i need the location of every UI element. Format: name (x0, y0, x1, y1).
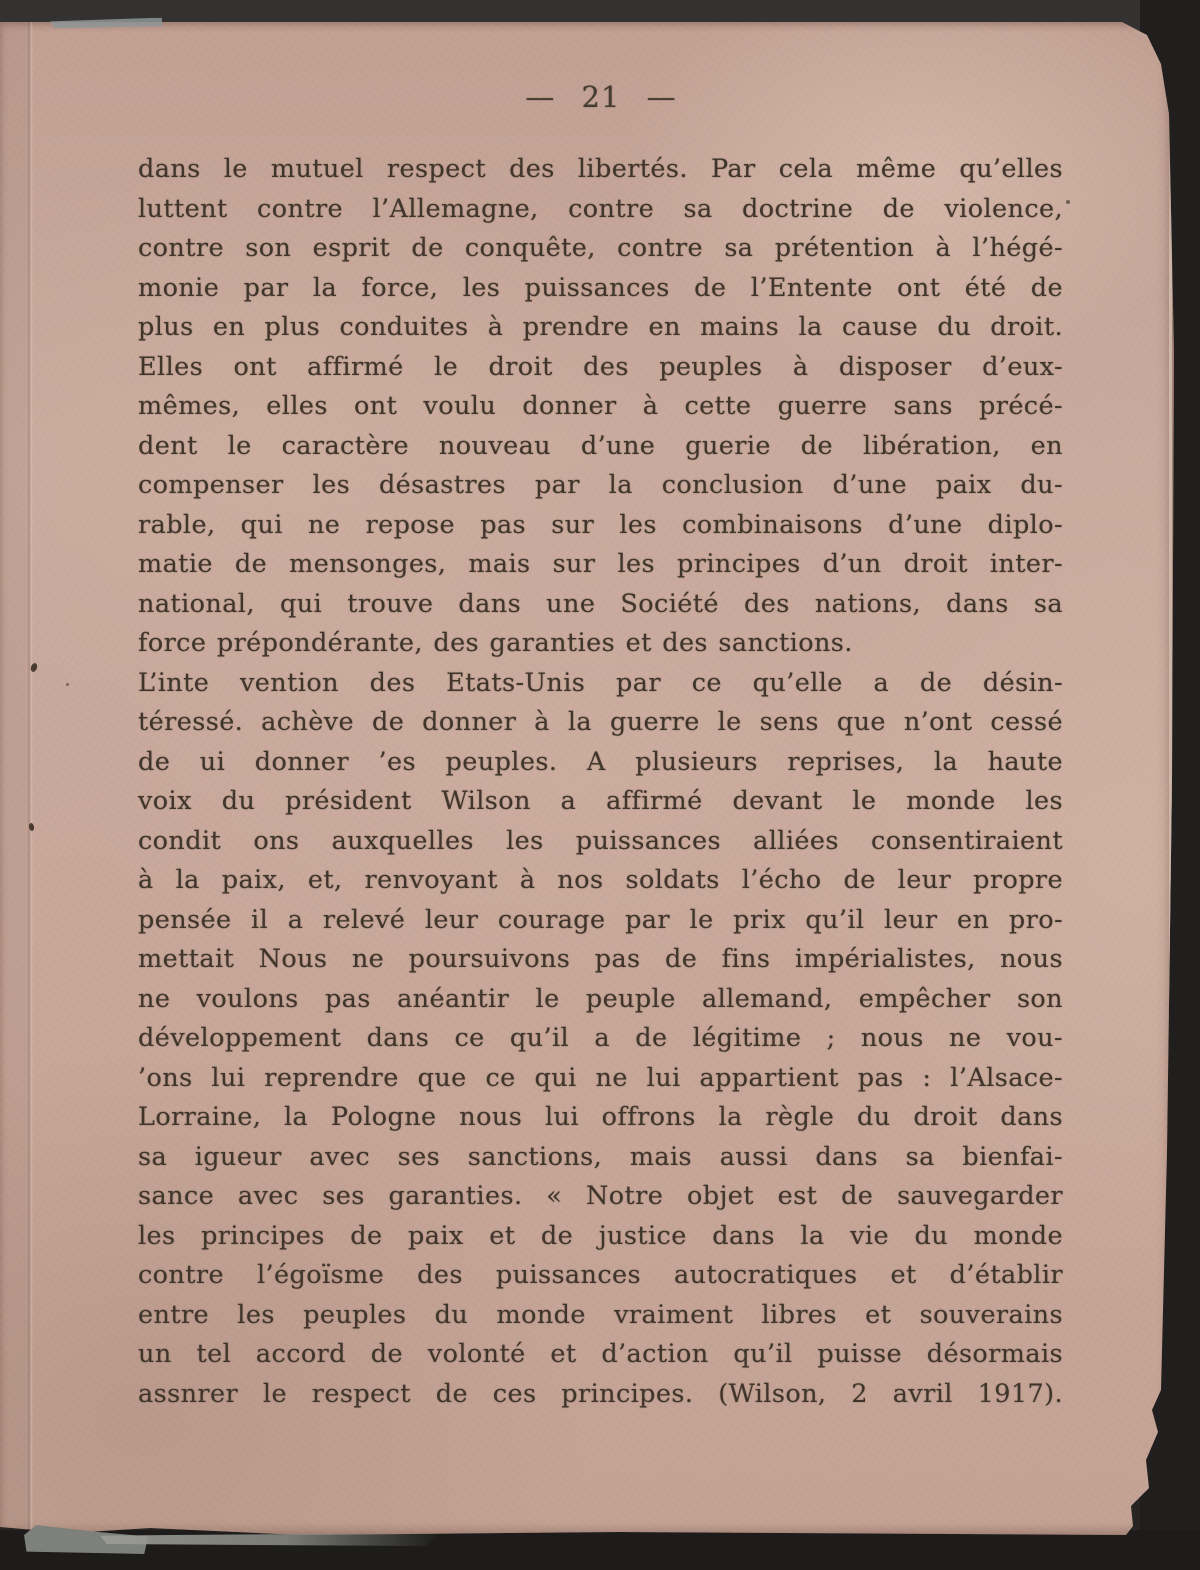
text-line: sa igueur avec ses sanctions, mais aussi… (138, 1138, 1063, 1178)
ink-speck (28, 823, 35, 832)
text-line: de ui donner ’es peuples. A plusieurs re… (138, 743, 1063, 783)
text-line: L’inte vention des Etats-Unis par ce qu’… (138, 664, 1063, 704)
text-line: pensée il a relevé leur courage par le p… (138, 901, 1063, 941)
text-line: condit ons auxquelles les puissances all… (138, 822, 1063, 862)
text-line: assnrer le respect de ces principes. (Wi… (138, 1375, 1063, 1415)
text-line: mettait Nous ne poursuivons pas de fins … (138, 940, 1063, 980)
page-fold-strip (0, 22, 26, 1535)
ink-speck (66, 683, 69, 686)
paragraph-1: dans le mutuel respect des libertés. Par… (138, 150, 1063, 664)
text-line: ne voulons pas anéantir le peuple allema… (138, 980, 1063, 1020)
text-line: les principes de paix et de justice dans… (138, 1217, 1063, 1257)
paragraph-2: L’inte vention des Etats-Unis par ce qu’… (138, 664, 1063, 1415)
text-line: contre son esprit de conquête, contre sa… (138, 229, 1063, 269)
text-line: Elles ont affirmé le droit des peuples à… (138, 348, 1063, 388)
text-line: développement dans ce qu’il a de légitim… (138, 1019, 1063, 1059)
page-number: — 21 — (14, 80, 1188, 114)
text-line: entre les peuples du monde vraiment libr… (138, 1296, 1063, 1336)
text-line: compenser les désastres par la conclusio… (138, 466, 1063, 506)
text-line: dans le mutuel respect des libertés. Par… (138, 150, 1063, 190)
text-line: sance avec ses garanties. « Notre objet … (138, 1177, 1063, 1217)
text-line: rable, qui ne repose pas sur les combina… (138, 506, 1063, 546)
text-line: ’ons lui reprendre que ce qui ne lui app… (138, 1059, 1063, 1099)
text-line: monie par la force, les puissances de l’… (138, 269, 1063, 309)
binding-crease (26, 22, 33, 1535)
text-line: national, qui trouve dans une Société de… (138, 585, 1063, 625)
text-line: Lorraine, la Pologne nous lui offrons la… (138, 1098, 1063, 1138)
text-line: force prépondérante, des garanties et de… (138, 624, 1063, 664)
text-line: à la paix, et, renvoyant à nos soldats l… (138, 861, 1063, 901)
text-line: luttent contre l’Allemagne, contre sa do… (138, 190, 1063, 230)
text-line: mêmes, elles ont voulu donner à cette gu… (138, 387, 1063, 427)
text-line: voix du président Wilson a affirmé devan… (138, 782, 1063, 822)
text-line: matie de mensonges, mais sur les princip… (138, 545, 1063, 585)
text-line: un tel accord de volonté et d’action qu’… (138, 1335, 1063, 1375)
text-line: dent le caractère nouveau d’une guerie d… (138, 427, 1063, 467)
text-line: contre l’égoïsme des puissances autocrat… (138, 1256, 1063, 1296)
page-body-text: dans le mutuel respect des libertés. Par… (138, 150, 1063, 1414)
text-line: plus en plus conduites à prendre en main… (138, 308, 1063, 348)
book-page: — 21 — dans le mutuel respect des libert… (0, 22, 1174, 1535)
ink-speck (1066, 200, 1070, 204)
text-line: téressé. achève de donner à la guerre le… (138, 703, 1063, 743)
